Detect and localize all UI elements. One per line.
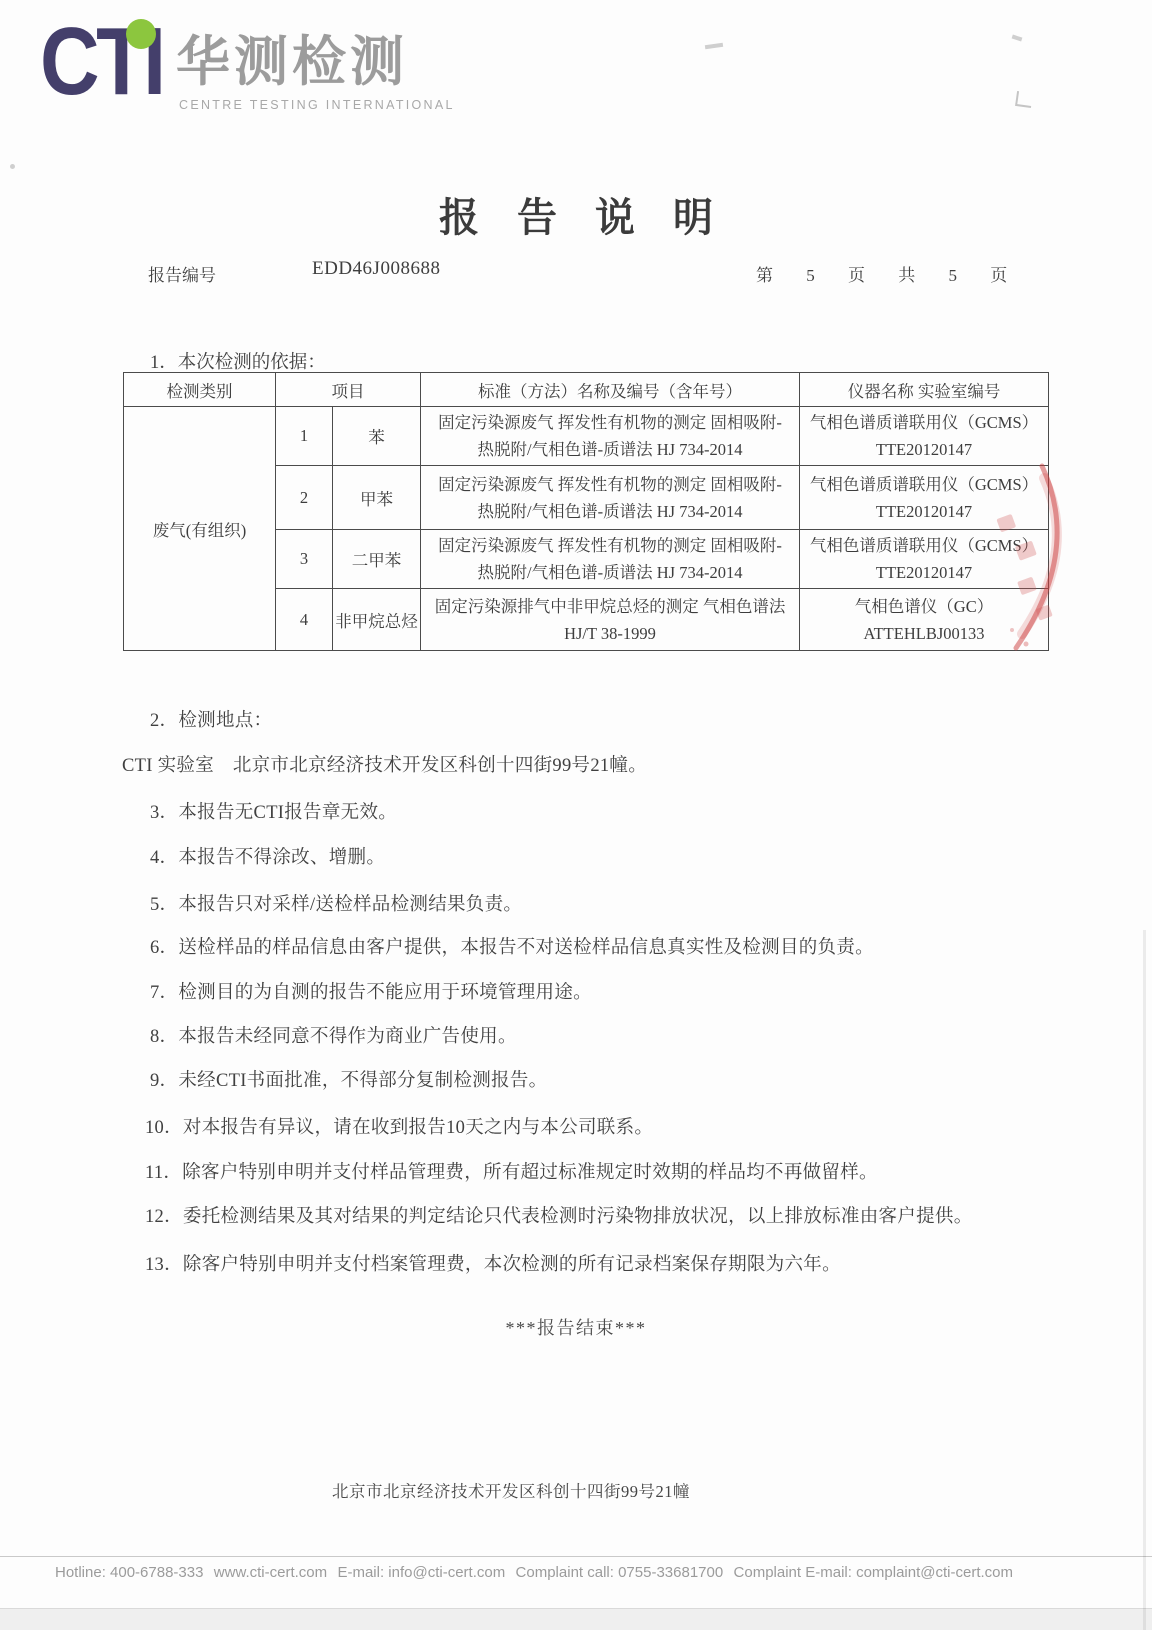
note-line: 2．检测地点：	[150, 706, 272, 732]
note-line: 6．送检样品的样品信息由客户提供，本报告不对送检样品信息真实性及检测目的负责。	[150, 933, 874, 959]
standard-line: 热脱附/气相色谱-质谱法 HJ 734-2014	[423, 498, 797, 525]
row-standard: 固定污染源废气 挥发性有机物的测定 固相吸附- 热脱附/气相色谱-质谱法 HJ …	[421, 466, 800, 530]
footer-divider	[0, 1556, 1152, 1557]
standard-line: 固定污染源废气 挥发性有机物的测定 固相吸附-	[423, 409, 797, 436]
report-no-label: 报告编号	[148, 261, 216, 286]
scan-artifact	[705, 43, 723, 49]
col-header-item: 项目	[276, 373, 421, 407]
category-cell: 废气(有组织)	[124, 407, 276, 651]
logo-green-dot-icon	[126, 19, 156, 49]
end-of-report-mark: ***报告结束***	[0, 1314, 1152, 1340]
note-line: 10．对本报告有异议，请在收到报告10天之内与本公司联系。	[145, 1113, 653, 1139]
standard-line: 热脱附/气相色谱-质谱法 HJ 734-2014	[423, 559, 797, 586]
row-standard: 固定污染源废气 挥发性有机物的测定 固相吸附- 热脱附/气相色谱-质谱法 HJ …	[421, 530, 800, 589]
complaint-email-text: Complaint E-mail: complaint@cti-cert.com	[734, 1564, 1013, 1581]
basis-heading: 1．本次检测的依据：	[150, 348, 326, 374]
red-stamp-arc	[982, 452, 1112, 662]
col-header-category: 检测类别	[124, 373, 276, 407]
note-line: 12．委托检测结果及其对结果的判定结论只代表检测时污染物排放状况，以上排放标准由…	[145, 1202, 973, 1228]
note-line: CTI 实验室 北京市北京经济技术开发区科创十四街99号21幢。	[122, 751, 647, 777]
website-text: www.cti-cert.com	[214, 1564, 327, 1581]
scan-artifact	[10, 164, 15, 169]
standard-line: HJ/T 38-1999	[423, 620, 797, 647]
standard-line: 固定污染源废气 挥发性有机物的测定 固相吸附-	[423, 532, 797, 559]
basis-table: 检测类别 项目 标准（方法）名称及编号（含年号） 仪器名称 实验室编号 废气(有…	[123, 372, 1049, 651]
row-no: 2	[276, 466, 333, 530]
page-title: 报 告 说 明	[0, 186, 1152, 243]
row-item: 甲苯	[333, 466, 421, 530]
note-line: 3．本报告无CTI报告章无效。	[150, 798, 397, 824]
scan-artifact	[1012, 35, 1023, 42]
row-no: 3	[276, 530, 333, 589]
row-item: 二甲苯	[333, 530, 421, 589]
footer-address: 北京市北京经济技术开发区科创十四街99号21幢	[332, 1478, 690, 1502]
col-header-standard: 标准（方法）名称及编号（含年号）	[421, 373, 800, 407]
scan-artifact	[1015, 91, 1033, 108]
email-text: E-mail: info@cti-cert.com	[337, 1564, 505, 1581]
report-page: CTI 华测检测 CENTRE TESTING INTERNATIONAL 报 …	[0, 0, 1152, 1630]
note-line: 5．本报告只对采样/送检样品检测结果负责。	[150, 890, 522, 916]
row-item: 非甲烷总烃	[333, 589, 421, 651]
note-line: 13．除客户特别申明并支付档案管理费，本次检测的所有记录档案保存期限为六年。	[145, 1250, 841, 1276]
table-row: 废气(有组织) 1 苯 固定污染源废气 挥发性有机物的测定 固相吸附- 热脱附/…	[124, 407, 1049, 466]
row-no: 4	[276, 589, 333, 651]
instrument-line: 气相色谱质谱联用仪（GCMS）	[802, 409, 1046, 436]
note-line: 7．检测目的为自测的报告不能应用于环境管理用途。	[150, 978, 592, 1004]
note-line: 8．本报告未经同意不得作为商业广告使用。	[150, 1022, 517, 1048]
report-no-value: EDD46J008688	[312, 258, 440, 280]
standard-line: 固定污染源废气 挥发性有机物的测定 固相吸附-	[423, 471, 797, 498]
logo-chinese-name: 华测检测	[176, 32, 408, 92]
note-line: 4．本报告不得涂改、增删。	[150, 843, 385, 869]
scan-edge-band	[0, 1608, 1152, 1630]
row-item: 苯	[333, 407, 421, 466]
page-number-info: 第 5 页 共 5 页	[756, 261, 1018, 286]
standard-line: 固定污染源排气中非甲烷总烃的测定 气相色谱法	[423, 593, 797, 620]
logo-subtitle: CENTRE TESTING INTERNATIONAL	[179, 98, 455, 112]
scan-edge-shadow	[1143, 930, 1146, 1630]
row-standard: 固定污染源废气 挥发性有机物的测定 固相吸附- 热脱附/气相色谱-质谱法 HJ …	[421, 407, 800, 466]
note-line: 9．未经CTI书面批准，不得部分复制检测报告。	[150, 1066, 547, 1092]
hotline-text: Hotline: 400-6788-333	[55, 1564, 203, 1581]
row-no: 1	[276, 407, 333, 466]
table-header-row: 检测类别 项目 标准（方法）名称及编号（含年号） 仪器名称 实验室编号	[124, 373, 1049, 407]
standard-line: 热脱附/气相色谱-质谱法 HJ 734-2014	[423, 436, 797, 463]
note-line: 11．除客户特别申明并支付样品管理费，所有超过标准规定时效期的样品均不再做留样。	[145, 1158, 878, 1184]
complaint-call-text: Complaint call: 0755-33681700	[516, 1564, 724, 1581]
col-header-instrument: 仪器名称 实验室编号	[800, 373, 1049, 407]
row-standard: 固定污染源排气中非甲烷总烃的测定 气相色谱法 HJ/T 38-1999	[421, 589, 800, 651]
footer-contact-bar: Hotline: 400-6788-333 www.cti-cert.com E…	[55, 1564, 1013, 1581]
